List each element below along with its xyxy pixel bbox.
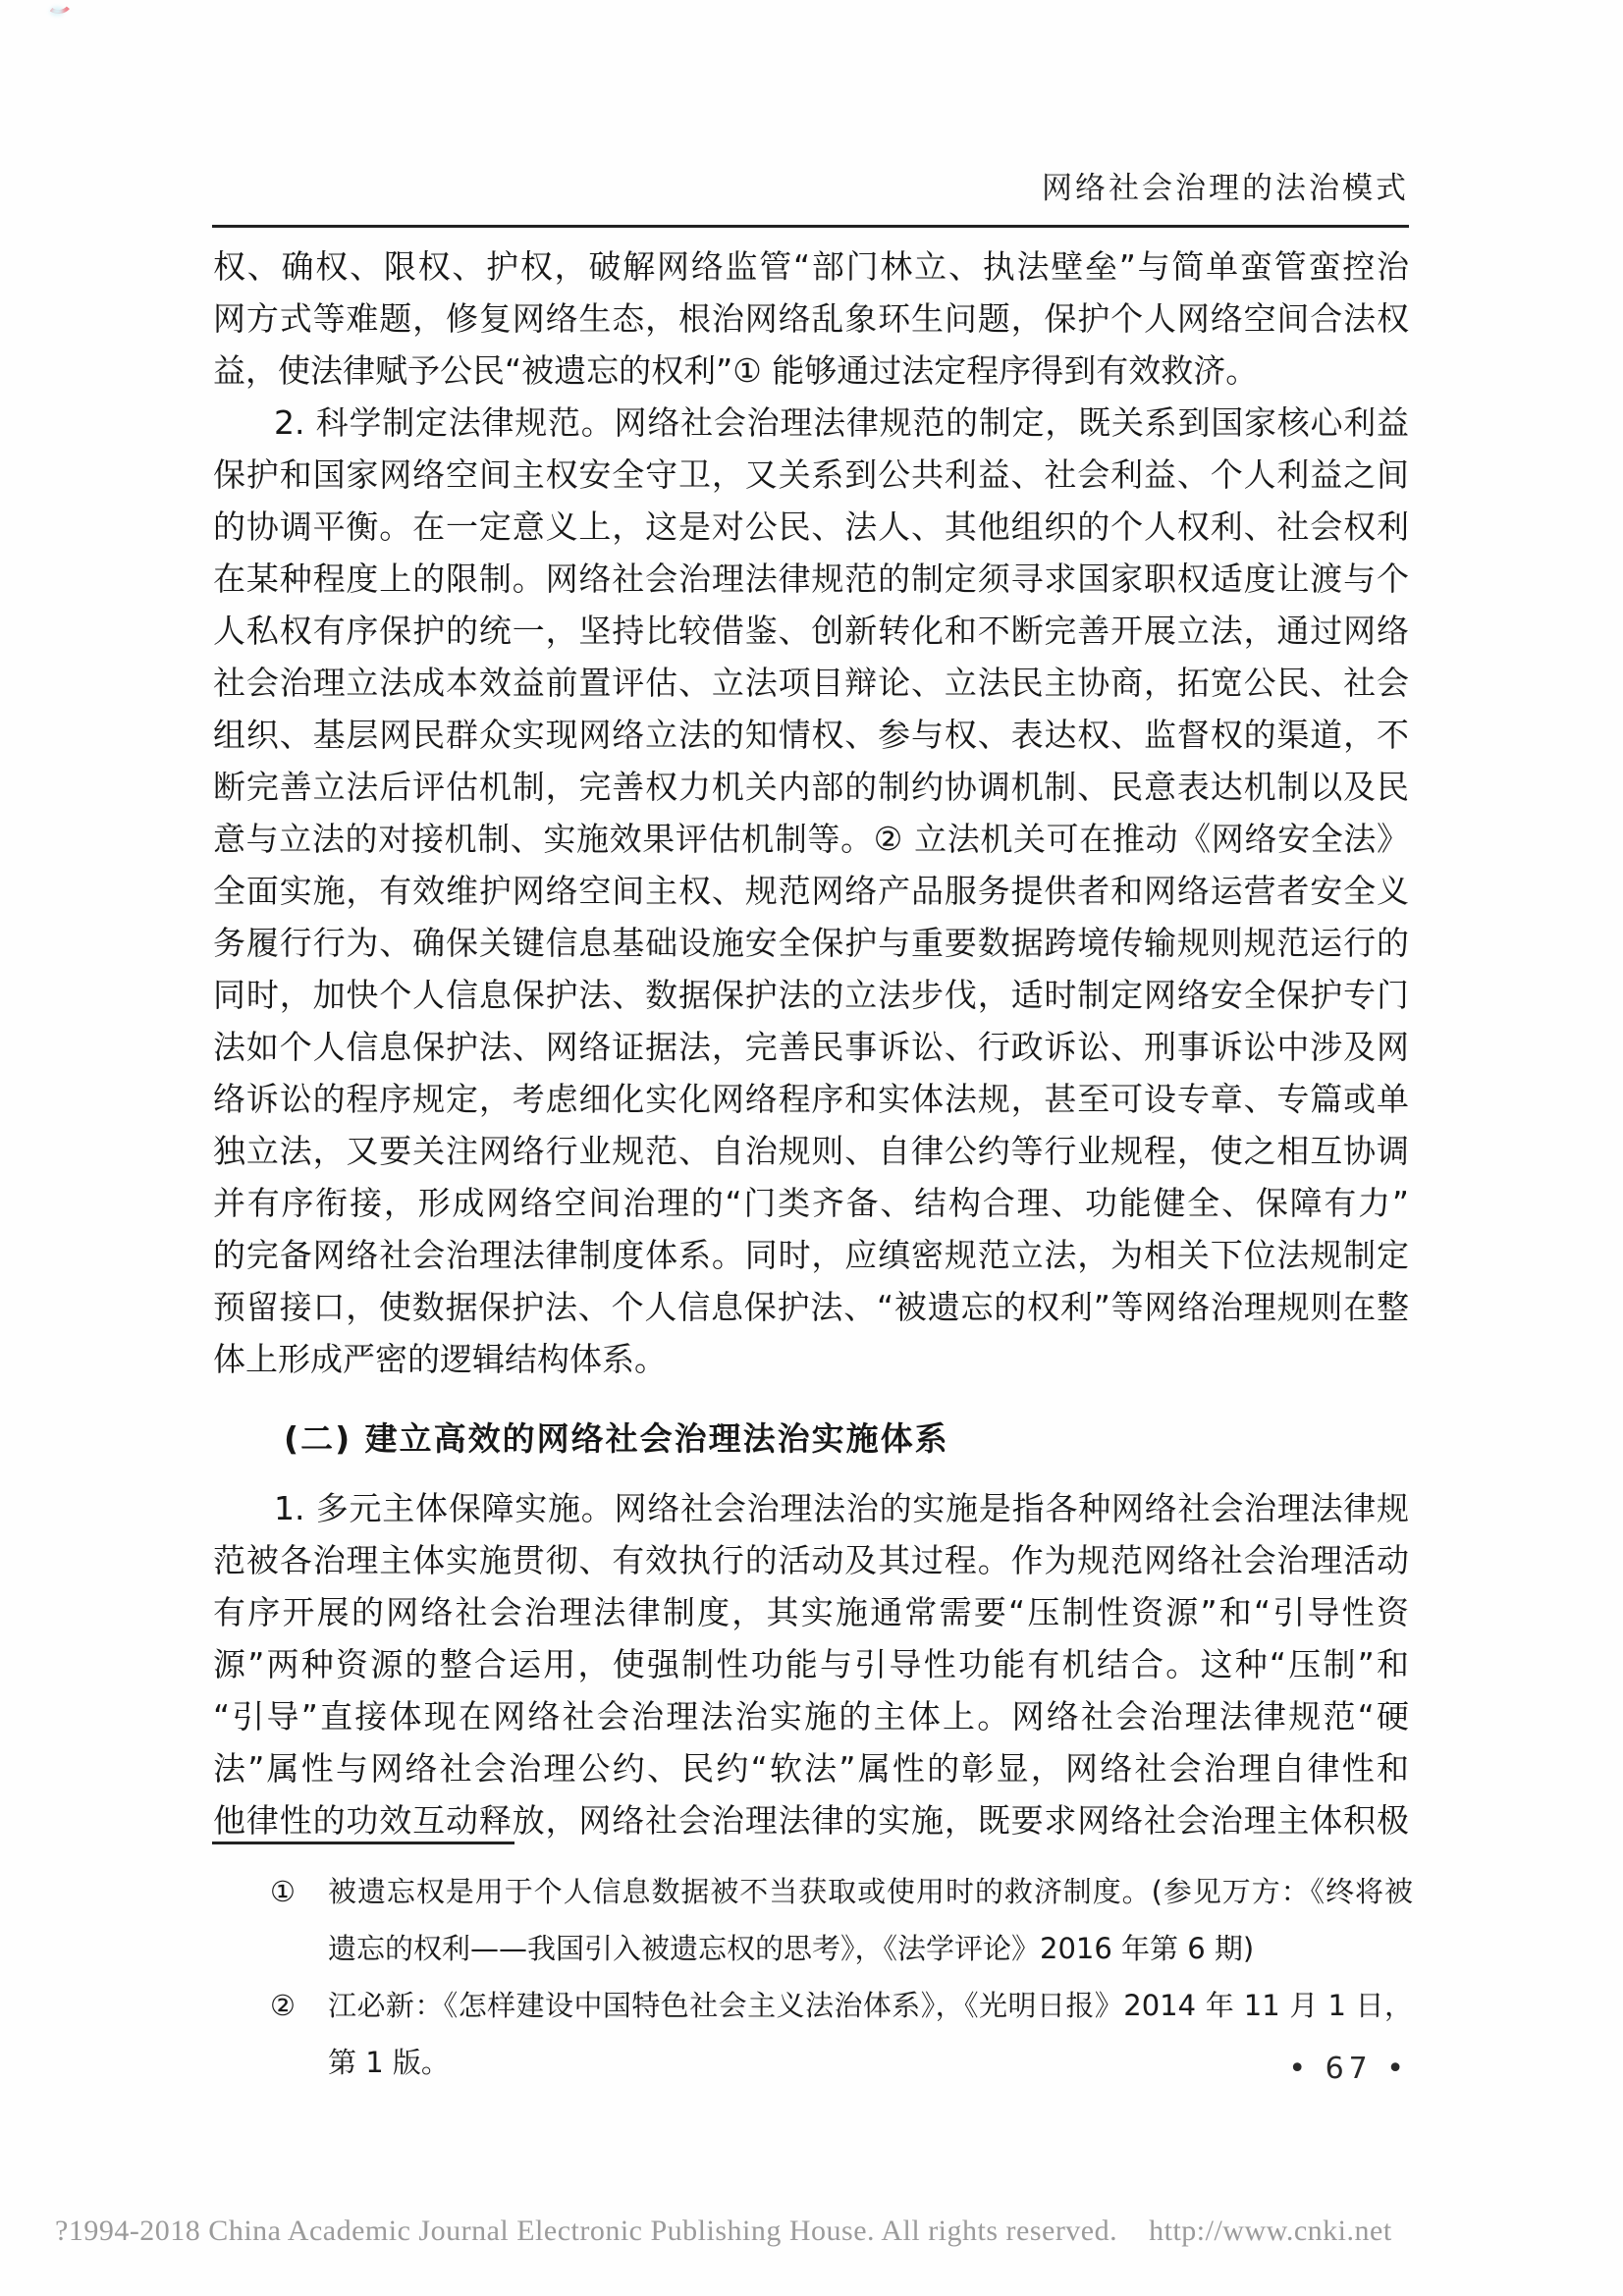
footnote-1-marker: ① [270,1863,296,1920]
body-line: 组织、基层网民群众实现网络立法的知情权、参与权、表达权、监督权的渠道，不 [213,709,1409,761]
footnote-2: ② 江必新：《怎样建设中国特色社会主义法治体系》，《光明日报》2014 年 11… [213,1977,1413,2091]
body-line: 全面实施，有效维护网络空间主权、规范网络产品服务提供者和网络运营者安全义 [213,865,1409,917]
scan-artifact-smudge-icon [50,7,64,16]
body-line: 范被各治理主体实施贯彻、有效执行的活动及其过程。作为规范网络社会治理活动 [213,1534,1409,1586]
body-line: 在某种程度上的限制。网络社会治理法律规范的制定须寻求国家职权适度让渡与个 [213,553,1409,605]
body-line: 1. 多元主体保障实施。网络社会治理法治的实施是指各种网络社会治理法律规 [213,1482,1409,1534]
body-line: 益，使法律赋予公民“被遗忘的权利”① 能够通过法定程序得到有效救济。 [213,345,1409,397]
footnote-divider [212,1842,514,1844]
page-number: • 67 • [1288,2052,1409,2086]
body-line: 务履行行为、确保关键信息基础设施安全保护与重要数据跨境传输规则规范运行的 [213,917,1409,969]
footnote-2-marker: ② [270,1977,296,2034]
body-line: 体上形成严密的逻辑结构体系。 [213,1333,1409,1385]
document-page: 网络社会治理的法治模式 权、确权、限权、护权，破解网络监管“部门林立、执法壁垒”… [0,0,1623,2296]
body-line: “引导”直接体现在网络社会治理法治实施的主体上。网络社会治理法律规范“硬 [213,1690,1409,1742]
body-line: 权、确权、限权、护权，破解网络监管“部门林立、执法壁垒”与简单蛮管蛮控治 [213,240,1409,293]
body-line: 络诉讼的程序规定，考虑细化实化网络程序和实体法规，甚至可设专章、专篇或单 [213,1073,1409,1125]
body-line: 源”两种资源的整合运用，使强制性功能与引导性功能有机结合。这种“压制”和 [213,1638,1409,1690]
body-line: 同时，加快个人信息保护法、数据保护法的立法步伐，适时制定网络安全保护专门 [213,969,1409,1021]
body-line: 有序开展的网络社会治理法律制度，其实施通常需要“压制性资源”和“引导性资 [213,1586,1409,1638]
body-line: 人私权有序保护的统一，坚持比较借鉴、创新转化和不断完善开展立法，通过网络 [213,605,1409,657]
footnote-line: 遗忘的权利——我国引入被遗忘权的思考》，《法学评论》2016 年第 6 期) [328,1920,1413,1977]
footnote-line: 第 1 版。 [328,2034,1413,2091]
body-line: 的完备网络社会治理法律制度体系。同时，应缜密规范立法，为相关下位法规制定 [213,1229,1409,1281]
section-heading: (二) 建立高效的网络社会治理法治实施体系 [284,1413,1409,1465]
body-line: 法如个人信息保护法、网络证据法，完善民事诉讼、行政诉讼、刑事诉讼中涉及网 [213,1021,1409,1073]
header-rule [212,225,1409,228]
footnote-1: ① 被遗忘权是用于个人信息数据被不当获取或使用时的救济制度。(参见万方：《终将被… [213,1863,1413,1977]
footnote-line: 江必新：《怎样建设中国特色社会主义法治体系》，《光明日报》2014 年 11 月… [328,1977,1413,2034]
running-head-title: 网络社会治理的法治模式 [1042,163,1409,207]
body-line: 预留接口，使数据保护法、个人信息保护法、“被遗忘的权利”等网络治理规则在整 [213,1281,1409,1333]
body-line: 法”属性与网络社会治理公约、民约“软法”属性的彰显，网络社会治理自律性和 [213,1742,1409,1794]
footnote-line: 被遗忘权是用于个人信息数据被不当获取或使用时的救济制度。(参见万方：《终将被 [328,1863,1413,1920]
body-line: 网方式等难题，修复网络生态，根治网络乱象环生问题，保护个人网络空间合法权 [213,293,1409,345]
body-line: 的协调平衡。在一定意义上，这是对公民、法人、其他组织的个人权利、社会权利 [213,501,1409,553]
body-text: 权、确权、限权、护权，破解网络监管“部门林立、执法壁垒”与简单蛮管蛮控治 网方式… [213,240,1409,1846]
footnotes: ① 被遗忘权是用于个人信息数据被不当获取或使用时的救济制度。(参见万方：《终将被… [213,1863,1413,2091]
copyright-watermark: ?1994-2018 China Academic Journal Electr… [55,2215,1392,2248]
body-line: 2. 科学制定法律规范。网络社会治理法律规范的制定，既关系到国家核心利益 [213,397,1409,449]
body-line: 意与立法的对接机制、实施效果评估机制等。② 立法机关可在推动《网络安全法》 [213,813,1409,865]
body-line: 社会治理立法成本效益前置评估、立法项目辩论、立法民主协商，拓宽公民、社会 [213,657,1409,709]
body-line: 独立法，又要关注网络行业规范、自治规则、自律公约等行业规程，使之相互协调 [213,1125,1409,1177]
body-line: 保护和国家网络空间主权安全守卫，又关系到公共利益、社会利益、个人利益之间 [213,449,1409,501]
body-line: 并有序衔接，形成网络空间治理的“门类齐备、结构合理、功能健全、保障有力” [213,1177,1409,1229]
body-line: 他律性的功效互动释放，网络社会治理法律的实施，既要求网络社会治理主体积极 [213,1794,1409,1846]
body-line: 断完善立法后评估机制，完善权力机关内部的制约协调机制、民意表达机制以及民 [213,761,1409,813]
